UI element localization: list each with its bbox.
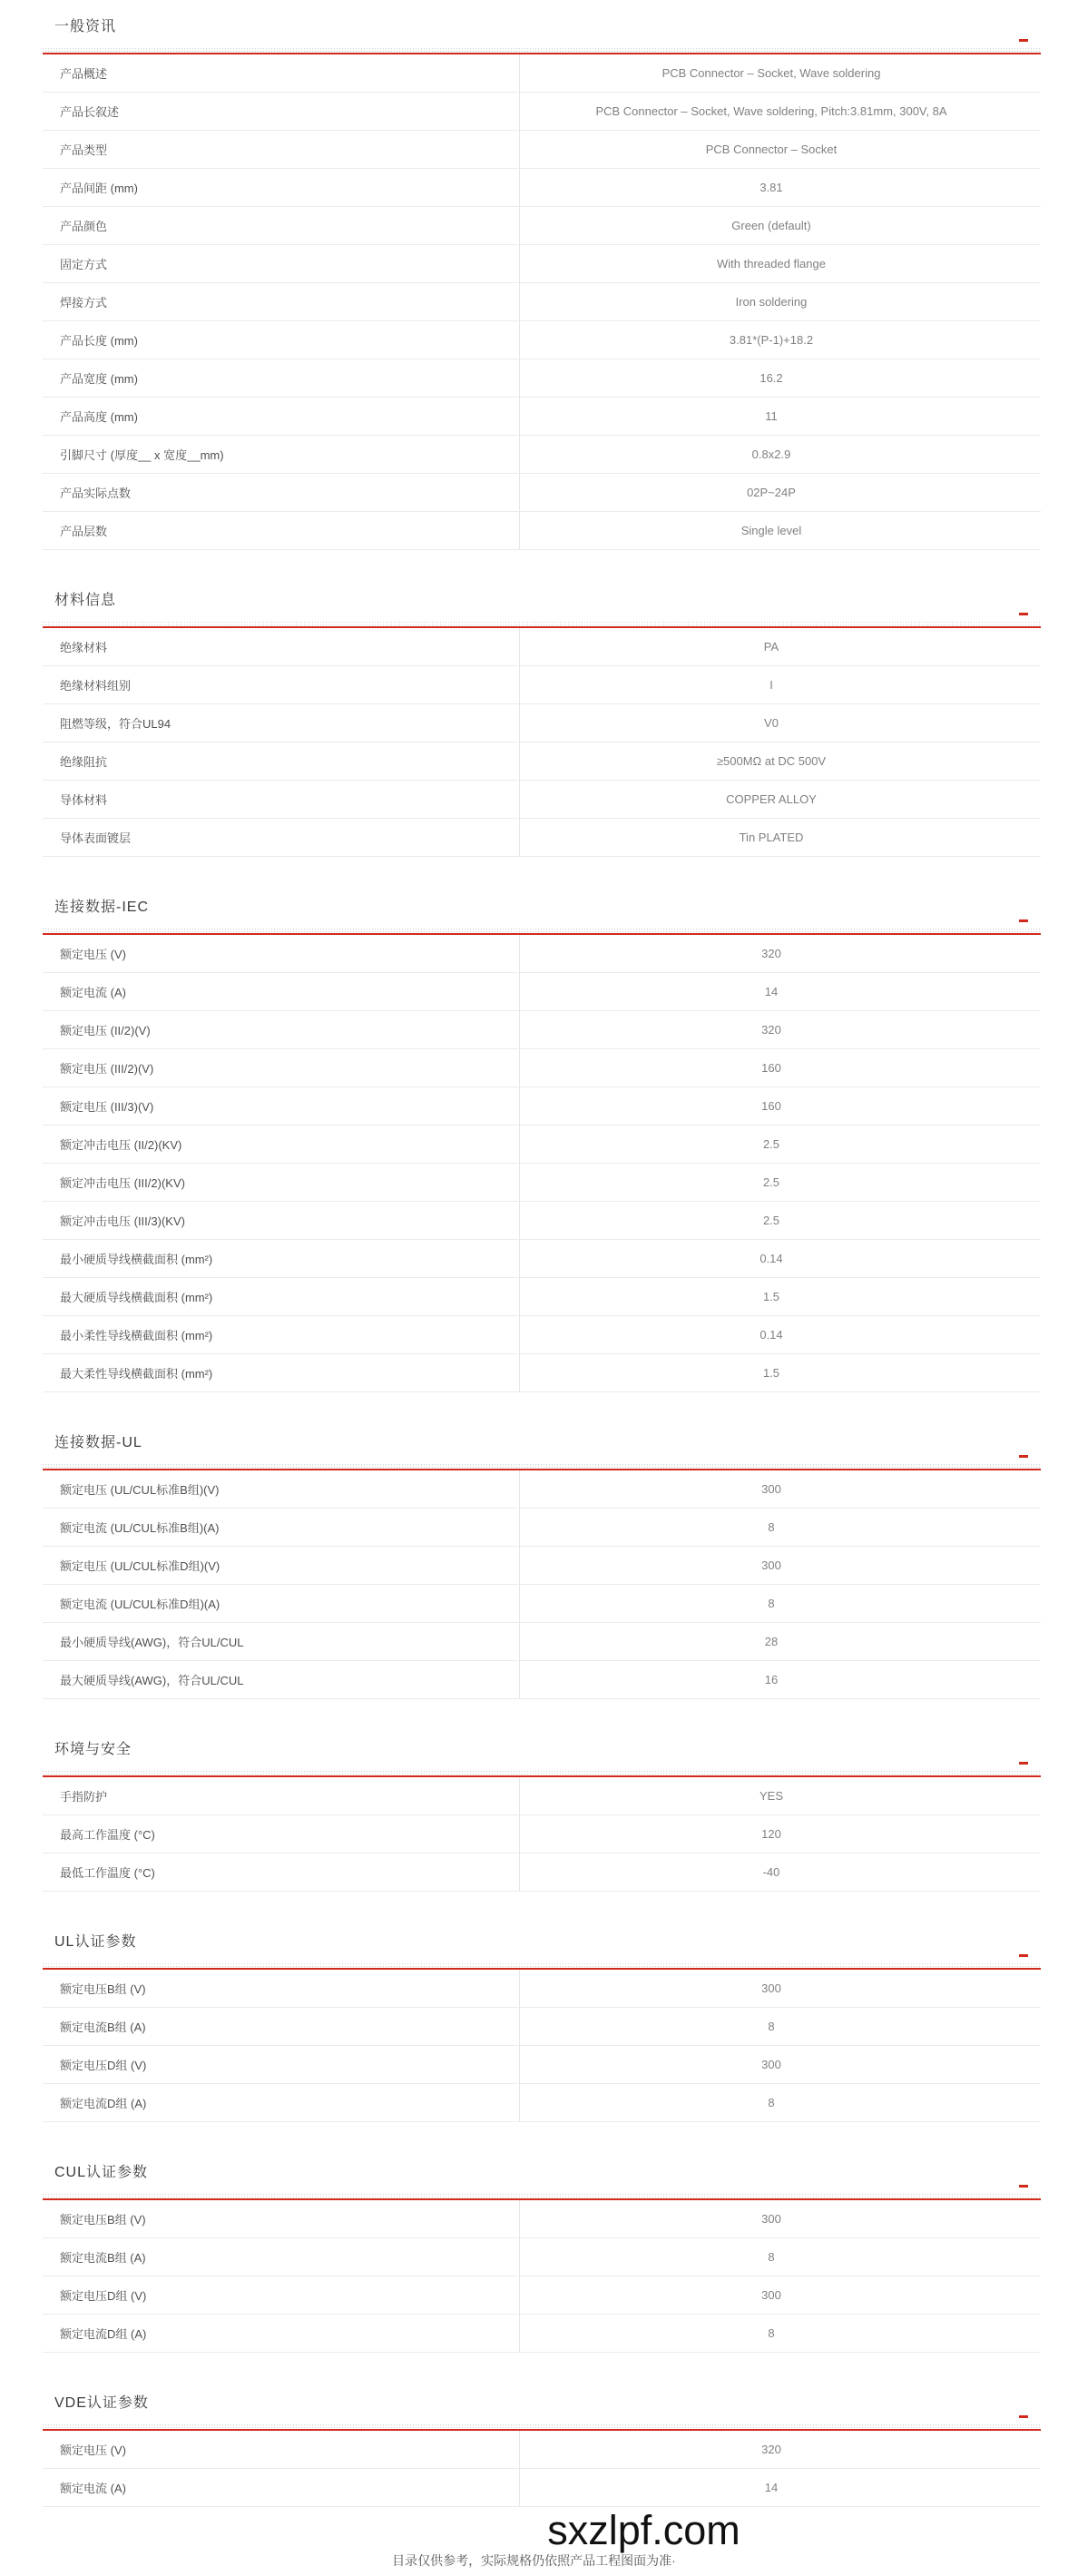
- table-row: 额定冲击电压 (III/2)(KV) 2.5: [43, 1164, 1041, 1202]
- dotted-rule: [43, 2197, 1041, 2197]
- spec-section: CUL认证参数 额定电压B组 (V) 300 额定电流B组 (A) 8 额定电压…: [43, 2164, 1041, 2353]
- row-value: PCB Connector – Socket: [520, 131, 1041, 168]
- row-label: 额定电压 (UL/CUL标准D组)(V): [43, 1547, 520, 1584]
- row-value: 1.5: [520, 1278, 1041, 1315]
- row-value: 2.5: [520, 1202, 1041, 1239]
- table-row: 最低工作温度 (°C) -40: [43, 1853, 1041, 1892]
- table-row: 额定电流D组 (A) 8: [43, 2084, 1041, 2122]
- row-label: 产品类型: [43, 131, 520, 168]
- section-title: 连接数据-IEC: [54, 899, 1041, 917]
- table-row: 手指防护 YES: [43, 1777, 1041, 1815]
- spec-section: 材料信息 绝缘材料 PA 绝缘材料组别 I 阻燃等级，符合UL94 V0 绝缘阻…: [43, 592, 1041, 857]
- row-value: 16: [520, 1661, 1041, 1698]
- row-value: 16.2: [520, 359, 1041, 397]
- section-header: 材料信息: [43, 592, 1041, 610]
- section-title: 材料信息: [54, 592, 1041, 610]
- row-label: 产品概述: [43, 54, 520, 92]
- table-row: 产品类型 PCB Connector – Socket: [43, 131, 1041, 169]
- row-value: COPPER ALLOY: [520, 781, 1041, 818]
- table-row: 最高工作温度 (°C) 120: [43, 1815, 1041, 1853]
- row-label: 额定电流D组 (A): [43, 2084, 520, 2121]
- row-value: 8: [520, 1509, 1041, 1546]
- table-row: 引脚尺寸 (厚度__ x 宽度__mm) 0.8x2.9: [43, 436, 1041, 474]
- dotted-rule: [43, 929, 1041, 929]
- row-value: 8: [520, 2084, 1041, 2121]
- table-row: 产品颜色 Green (default): [43, 207, 1041, 245]
- row-value: Single level: [520, 512, 1041, 549]
- row-value: Iron soldering: [520, 283, 1041, 320]
- row-label: 固定方式: [43, 245, 520, 282]
- row-label: 产品长度 (mm): [43, 321, 520, 359]
- row-value: 160: [520, 1049, 1041, 1086]
- table-row: 额定电流 (A) 14: [43, 973, 1041, 1011]
- row-value: 0.14: [520, 1240, 1041, 1277]
- row-value: 300: [520, 2200, 1041, 2237]
- row-label: 额定电压 (III/3)(V): [43, 1087, 520, 1125]
- row-label: 最小硬质导线横截面积 (mm²): [43, 1240, 520, 1277]
- row-value: 320: [520, 2431, 1041, 2468]
- dotted-rule: [43, 2194, 1041, 2195]
- minus-icon[interactable]: [1019, 1954, 1028, 1957]
- spec-table: 额定电压B组 (V) 300 额定电流B组 (A) 8 额定电压D组 (V) 3…: [43, 2200, 1041, 2353]
- row-value: 0.14: [520, 1316, 1041, 1353]
- row-label: 额定电流 (A): [43, 2469, 520, 2506]
- table-row: 导体表面镀层 Tin PLATED: [43, 819, 1041, 857]
- spec-table: 额定电压 (UL/CUL标准B组)(V) 300 额定电流 (UL/CUL标准B…: [43, 1470, 1041, 1699]
- row-value: PCB Connector – Socket, Wave soldering, …: [520, 93, 1041, 130]
- row-label: 额定冲击电压 (II/2)(KV): [43, 1126, 520, 1163]
- table-row: 额定电压 (III/3)(V) 160: [43, 1087, 1041, 1126]
- table-row: 产品层数 Single level: [43, 512, 1041, 550]
- row-value: 3.81: [520, 169, 1041, 206]
- row-label: 绝缘材料组别: [43, 666, 520, 703]
- dotted-rule: [43, 624, 1041, 625]
- table-row: 额定电流B组 (A) 8: [43, 2238, 1041, 2276]
- table-row: 焊接方式 Iron soldering: [43, 283, 1041, 321]
- section-header: 连接数据-UL: [43, 1434, 1041, 1452]
- table-row: 最小硬质导线(AWG)，符合UL/CUL 28: [43, 1623, 1041, 1661]
- section-header: 环境与安全: [43, 1741, 1041, 1759]
- row-label: 最低工作温度 (°C): [43, 1853, 520, 1891]
- table-row: 产品长度 (mm) 3.81*(P-1)+18.2: [43, 321, 1041, 359]
- section-divider: [43, 1771, 1041, 1777]
- row-value: -40: [520, 1853, 1041, 1891]
- table-row: 额定电流 (A) 14: [43, 2469, 1041, 2507]
- row-value: 11: [520, 398, 1041, 435]
- spec-section: 一般资讯 产品概述 PCB Connector – Socket, Wave s…: [43, 18, 1041, 550]
- section-divider: [43, 1464, 1041, 1470]
- row-value: 8: [520, 2315, 1041, 2352]
- row-value: 160: [520, 1087, 1041, 1125]
- table-row: 绝缘材料组别 I: [43, 666, 1041, 704]
- row-value: PA: [520, 628, 1041, 665]
- row-value: 28: [520, 1623, 1041, 1660]
- table-row: 最小柔性导线横截面积 (mm²) 0.14: [43, 1316, 1041, 1354]
- row-label: 最小硬质导线(AWG)，符合UL/CUL: [43, 1623, 520, 1660]
- minus-icon[interactable]: [1019, 39, 1028, 42]
- table-row: 额定电流 (UL/CUL标准D组)(A) 8: [43, 1585, 1041, 1623]
- dotted-rule: [43, 931, 1041, 932]
- dotted-rule: [43, 1966, 1041, 1967]
- dotted-rule: [43, 1963, 1041, 1964]
- row-label: 额定电压B组 (V): [43, 1970, 520, 2007]
- row-label: 额定电压 (V): [43, 2431, 520, 2468]
- row-value: 2.5: [520, 1164, 1041, 1201]
- section-divider: [43, 2194, 1041, 2200]
- table-row: 额定冲击电压 (II/2)(KV) 2.5: [43, 1126, 1041, 1164]
- table-row: 额定电压 (II/2)(V) 320: [43, 1011, 1041, 1049]
- row-label: 焊接方式: [43, 283, 520, 320]
- section-title: 一般资讯: [54, 18, 1041, 36]
- row-label: 额定电压D组 (V): [43, 2276, 520, 2314]
- spec-table: 额定电压B组 (V) 300 额定电流B组 (A) 8 额定电压D组 (V) 3…: [43, 1970, 1041, 2122]
- section-divider: [43, 2424, 1041, 2431]
- row-label: 额定电压 (UL/CUL标准B组)(V): [43, 1470, 520, 1508]
- minus-icon[interactable]: [1019, 1455, 1028, 1458]
- row-value: 8: [520, 2238, 1041, 2276]
- table-row: 产品长叙述 PCB Connector – Socket, Wave solde…: [43, 93, 1041, 131]
- row-label: 最小柔性导线横截面积 (mm²): [43, 1316, 520, 1353]
- row-label: 最大硬质导线横截面积 (mm²): [43, 1278, 520, 1315]
- footnote-text: 目录仅供参考，实际规格仍依照产品工程图面为准·: [0, 2552, 1068, 2569]
- spec-table: 额定电压 (V) 320 额定电流 (A) 14: [43, 2431, 1041, 2507]
- section-divider: [43, 48, 1041, 54]
- dotted-rule: [43, 1464, 1041, 1465]
- row-value: 300: [520, 1970, 1041, 2007]
- spec-table: 产品概述 PCB Connector – Socket, Wave solder…: [43, 54, 1041, 550]
- row-value: 300: [520, 2276, 1041, 2314]
- spec-table: 额定电压 (V) 320 额定电流 (A) 14 额定电压 (II/2)(V) …: [43, 935, 1041, 1392]
- row-label: 额定冲击电压 (III/2)(KV): [43, 1164, 520, 1201]
- row-label: 最高工作温度 (°C): [43, 1815, 520, 1853]
- table-row: 额定电压 (UL/CUL标准D组)(V) 300: [43, 1547, 1041, 1585]
- row-value: 1.5: [520, 1354, 1041, 1391]
- table-row: 额定电压 (V) 320: [43, 2431, 1041, 2469]
- section-title: VDE认证参数: [54, 2394, 1041, 2413]
- table-row: 阻燃等级，符合UL94 V0: [43, 704, 1041, 742]
- spec-table: 手指防护 YES 最高工作温度 (°C) 120 最低工作温度 (°C) -40: [43, 1777, 1041, 1892]
- row-label: 产品长叙述: [43, 93, 520, 130]
- dotted-rule: [43, 2427, 1041, 2428]
- row-value: 3.81*(P-1)+18.2: [520, 321, 1041, 359]
- spec-section: 连接数据-IEC 额定电压 (V) 320 额定电流 (A) 14 额定电压 (…: [43, 899, 1041, 1392]
- row-value: 8: [520, 2008, 1041, 2045]
- spec-sections-container: 一般资讯 产品概述 PCB Connector – Socket, Wave s…: [0, 18, 1068, 2507]
- spec-table: 绝缘材料 PA 绝缘材料组别 I 阻燃等级，符合UL94 V0 绝缘阻抗 ≥50…: [43, 628, 1041, 857]
- row-label: 导体材料: [43, 781, 520, 818]
- row-value: Tin PLATED: [520, 819, 1041, 856]
- row-value: With threaded flange: [520, 245, 1041, 282]
- table-row: 最大硬质导线横截面积 (mm²) 1.5: [43, 1278, 1041, 1316]
- spec-section: UL认证参数 额定电压B组 (V) 300 额定电流B组 (A) 8 额定电压D…: [43, 1933, 1041, 2122]
- row-label: 额定电压 (III/2)(V): [43, 1049, 520, 1086]
- page-footer: sxzlpf.com 目录仅供参考，实际规格仍依照产品工程图面为准·: [0, 2511, 1068, 2569]
- row-value: 8: [520, 1585, 1041, 1622]
- row-label: 额定电压B组 (V): [43, 2200, 520, 2237]
- row-label: 绝缘材料: [43, 628, 520, 665]
- row-value: 300: [520, 1547, 1041, 1584]
- row-label: 产品间距 (mm): [43, 169, 520, 206]
- minus-icon[interactable]: [1019, 613, 1028, 615]
- spec-section: VDE认证参数 额定电压 (V) 320 额定电流 (A) 14: [43, 2394, 1041, 2507]
- row-label: 最大硬质导线(AWG)，符合UL/CUL: [43, 1661, 520, 1698]
- row-value: 02P~24P: [520, 474, 1041, 511]
- dotted-rule: [43, 2424, 1041, 2425]
- dotted-rule: [43, 48, 1041, 49]
- table-row: 额定电压 (UL/CUL标准B组)(V) 300: [43, 1470, 1041, 1509]
- row-label: 额定电压 (V): [43, 935, 520, 972]
- row-value: 14: [520, 973, 1041, 1010]
- row-value: 320: [520, 935, 1041, 972]
- row-label: 额定电流B组 (A): [43, 2008, 520, 2045]
- row-value: PCB Connector – Socket, Wave soldering: [520, 54, 1041, 92]
- row-label: 额定冲击电压 (III/3)(KV): [43, 1202, 520, 1239]
- table-row: 额定电压D组 (V) 300: [43, 2046, 1041, 2084]
- row-label: 引脚尺寸 (厚度__ x 宽度__mm): [43, 436, 520, 473]
- table-row: 额定电流B组 (A) 8: [43, 2008, 1041, 2046]
- row-value: 320: [520, 1011, 1041, 1048]
- table-row: 额定电压B组 (V) 300: [43, 1970, 1041, 2008]
- section-divider: [43, 929, 1041, 935]
- row-value: 120: [520, 1815, 1041, 1853]
- section-title: 环境与安全: [54, 1741, 1041, 1759]
- row-label: 产品高度 (mm): [43, 398, 520, 435]
- table-row: 额定电压 (III/2)(V) 160: [43, 1049, 1041, 1087]
- section-title: CUL认证参数: [54, 2164, 1041, 2182]
- row-label: 产品实际点数: [43, 474, 520, 511]
- row-value: 0.8x2.9: [520, 436, 1041, 473]
- row-value: YES: [520, 1777, 1041, 1814]
- section-divider: [43, 1963, 1041, 1970]
- dotted-rule: [43, 622, 1041, 623]
- section-header: CUL认证参数: [43, 2164, 1041, 2182]
- row-label: 额定电压 (II/2)(V): [43, 1011, 520, 1048]
- table-row: 额定电流D组 (A) 8: [43, 2315, 1041, 2353]
- spec-section: 环境与安全 手指防护 YES 最高工作温度 (°C) 120 最低工作温度 (°…: [43, 1741, 1041, 1892]
- section-header: UL认证参数: [43, 1933, 1041, 1952]
- dotted-rule: [43, 1774, 1041, 1775]
- table-row: 产品高度 (mm) 11: [43, 398, 1041, 436]
- table-row: 额定冲击电压 (III/3)(KV) 2.5: [43, 1202, 1041, 1240]
- row-label: 产品颜色: [43, 207, 520, 244]
- row-label: 绝缘阻抗: [43, 742, 520, 780]
- row-label: 产品层数: [43, 512, 520, 549]
- row-value: ≥500MΩ at DC 500V: [520, 742, 1041, 780]
- row-value: 300: [520, 2046, 1041, 2083]
- minus-icon[interactable]: [1019, 2185, 1028, 2188]
- table-row: 额定电压D组 (V) 300: [43, 2276, 1041, 2315]
- row-value: 14: [520, 2469, 1041, 2506]
- table-row: 产品间距 (mm) 3.81: [43, 169, 1041, 207]
- table-row: 额定电压 (V) 320: [43, 935, 1041, 973]
- row-label: 阻燃等级，符合UL94: [43, 704, 520, 742]
- row-value: 2.5: [520, 1126, 1041, 1163]
- section-title: UL认证参数: [54, 1933, 1041, 1952]
- row-label: 最大柔性导线横截面积 (mm²): [43, 1354, 520, 1391]
- row-label: 额定电流 (A): [43, 973, 520, 1010]
- section-header: 连接数据-IEC: [43, 899, 1041, 917]
- row-label: 额定电压D组 (V): [43, 2046, 520, 2083]
- table-row: 绝缘材料 PA: [43, 628, 1041, 666]
- row-value: V0: [520, 704, 1041, 742]
- table-row: 产品概述 PCB Connector – Socket, Wave solder…: [43, 54, 1041, 93]
- table-row: 产品宽度 (mm) 16.2: [43, 359, 1041, 398]
- table-row: 固定方式 With threaded flange: [43, 245, 1041, 283]
- table-row: 额定电压B组 (V) 300: [43, 2200, 1041, 2238]
- section-divider: [43, 622, 1041, 628]
- row-value: I: [520, 666, 1041, 703]
- row-label: 额定电流D组 (A): [43, 2315, 520, 2352]
- table-row: 额定电流 (UL/CUL标准B组)(A) 8: [43, 1509, 1041, 1547]
- row-label: 手指防护: [43, 1777, 520, 1814]
- row-label: 额定电流B组 (A): [43, 2238, 520, 2276]
- dotted-rule: [43, 51, 1041, 52]
- row-label: 额定电流 (UL/CUL标准D组)(A): [43, 1585, 520, 1622]
- dotted-rule: [43, 1467, 1041, 1468]
- table-row: 绝缘阻抗 ≥500MΩ at DC 500V: [43, 742, 1041, 781]
- spec-section: 连接数据-UL 额定电压 (UL/CUL标准B组)(V) 300 额定电流 (U…: [43, 1434, 1041, 1699]
- table-row: 产品实际点数 02P~24P: [43, 474, 1041, 512]
- minus-icon[interactable]: [1019, 2415, 1028, 2418]
- row-label: 额定电流 (UL/CUL标准B组)(A): [43, 1509, 520, 1546]
- product-spec-page: { "theme": { "accent_red": "#d2291d", "d…: [0, 0, 1068, 2576]
- row-value: Green (default): [520, 207, 1041, 244]
- row-value: 300: [520, 1470, 1041, 1508]
- dotted-rule: [43, 1771, 1041, 1772]
- section-title: 连接数据-UL: [54, 1434, 1041, 1452]
- table-row: 导体材料 COPPER ALLOY: [43, 781, 1041, 819]
- table-row: 最大柔性导线横截面积 (mm²) 1.5: [43, 1354, 1041, 1392]
- row-label: 导体表面镀层: [43, 819, 520, 856]
- watermark-text: sxzlpf.com: [547, 2511, 740, 2551]
- table-row: 最大硬质导线(AWG)，符合UL/CUL 16: [43, 1661, 1041, 1699]
- row-label: 产品宽度 (mm): [43, 359, 520, 397]
- section-header: VDE认证参数: [43, 2394, 1041, 2413]
- table-row: 最小硬质导线横截面积 (mm²) 0.14: [43, 1240, 1041, 1278]
- section-header: 一般资讯: [43, 18, 1041, 36]
- minus-icon[interactable]: [1019, 919, 1028, 922]
- minus-icon[interactable]: [1019, 1762, 1028, 1765]
